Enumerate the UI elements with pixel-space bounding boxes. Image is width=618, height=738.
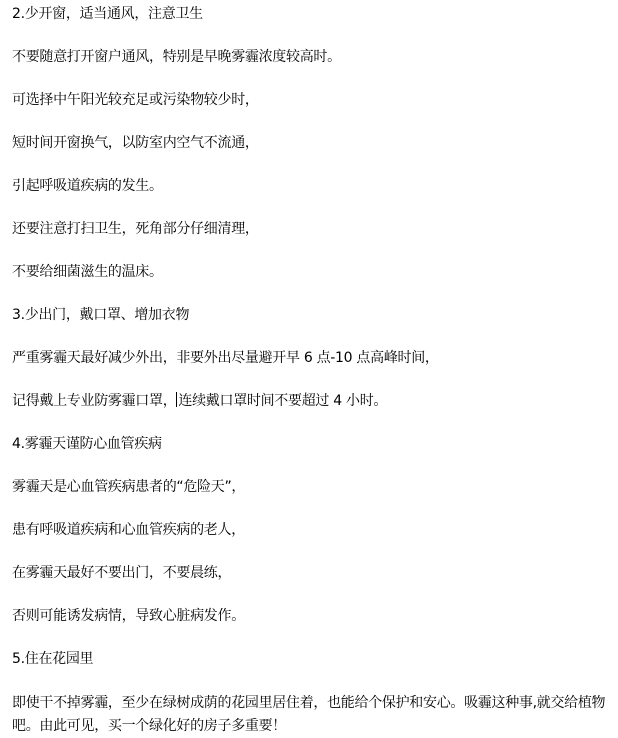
paragraph-line: 引起呼吸道疾病的发生。 <box>12 177 163 195</box>
paragraph-line: 在雾霾天最好不要出门，不要晨练， <box>12 564 231 582</box>
section-heading-2: 2.少开窗，适当通风，注意卫生 <box>12 5 203 23</box>
section-heading-3: 3.少出门，戴口罩、增加衣物 <box>12 306 189 324</box>
section-heading-4: 4.雾霾天谨防心血管疾病 <box>12 435 162 453</box>
paragraph-line: 患有呼吸道疾病和心血管疾病的老人， <box>12 521 245 539</box>
final-paragraph: 即使干不掉雾霾，至少在绿树成荫的花园里居住着，也能给个保护和安心。吸霾这种事,就… <box>12 692 608 738</box>
text-after-cursor: 连续戴口罩时间不要超过 4 小时。 <box>178 393 387 409</box>
paragraph-line: 可选择中午阳光较充足或污染物较少时， <box>12 91 259 109</box>
paragraph-line: 不要随意打开窗户通风，特别是早晚雾霾浓度较高时。 <box>12 48 341 66</box>
text-before-cursor: 记得戴上专业防雾霾口罩， <box>12 393 176 409</box>
paragraph-line: 严重雾霾天最好减少外出，非要外出尽量避开早 6 点-10 点高峰时间， <box>12 349 439 367</box>
paragraph-line: 雾霾天是心血管疾病患者的“危险天”， <box>12 478 245 496</box>
paragraph-line: 还要注意打扫卫生，死角部分仔细清理， <box>12 220 259 238</box>
paragraph-line-with-cursor[interactable]: 记得戴上专业防雾霾口罩，连续戴口罩时间不要超过 4 小时。 <box>12 392 387 410</box>
paragraph-line: 短时间开窗换气，以防室内空气不流通， <box>12 134 259 152</box>
paragraph-line: 否则可能诱发病情，导致心脏病发作。 <box>12 607 245 625</box>
section-heading-5: 5.住在花园里 <box>12 650 93 668</box>
paragraph-line: 不要给细菌滋生的温床。 <box>12 263 163 281</box>
